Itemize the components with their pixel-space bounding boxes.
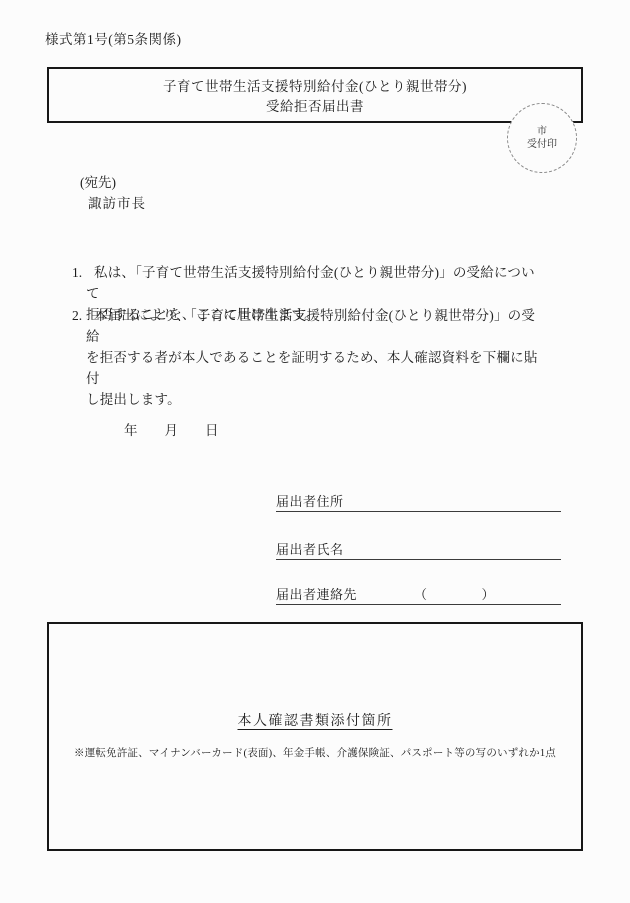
field-declarant-name-label: 届出者氏名 — [276, 542, 344, 557]
field-declarant-contact-parentheses: （ ） — [414, 585, 495, 604]
field-declarant-contact: 届出者連絡先 （ ） — [276, 585, 561, 605]
field-declarant-contact-label: 届出者連絡先 — [276, 587, 357, 602]
recipient-label: (宛先) — [80, 171, 116, 191]
document-title-line-2: 受給拒否届出書 — [49, 97, 581, 117]
field-declarant-address-label: 届出者住所 — [276, 494, 344, 509]
stamp-text-city: 市 — [537, 125, 547, 139]
recipient-name: 諏訪市長 — [88, 192, 146, 212]
title-box: 子育て世帯生活支援特別給付金(ひとり親世帯分) 受給拒否届出書 — [47, 67, 583, 123]
field-declarant-address: 届出者住所 — [276, 492, 561, 512]
document-title-line-1: 子育て世帯生活支援特別給付金(ひとり親世帯分) — [49, 77, 581, 97]
date-line: 年 月 日 — [124, 419, 219, 439]
stamp-text-label: 受付印 — [527, 138, 557, 152]
statement-item-2: 2. 本届出により、「子育て世帯生活支援特別給付金(ひとり親世帯分)」の受給 を… — [72, 305, 538, 410]
attachment-box-note: ※運転免許証、マイナンバーカード(表面)、年金手帳、介護保険証、パスポート等の写… — [49, 745, 581, 760]
id-attachment-box: 本人確認書類添付箇所 ※運転免許証、マイナンバーカード(表面)、年金手帳、介護保… — [47, 622, 583, 851]
attachment-box-title: 本人確認書類添付箇所 — [49, 710, 581, 730]
document-page: 様式第1号(第5条関係) 子育て世帯生活支援特別給付金(ひとり親世帯分) 受給拒… — [0, 0, 630, 903]
item-2-text: 本届出により、「子育て世帯生活支援特別給付金(ひとり親世帯分)」の受給 を拒否す… — [86, 305, 538, 410]
field-declarant-name: 届出者氏名 — [276, 540, 561, 560]
item-2-number: 2. — [72, 305, 86, 410]
receipt-stamp-placeholder: 市 受付印 — [507, 103, 577, 173]
form-number: 様式第1号(第5条関係) — [45, 28, 182, 48]
